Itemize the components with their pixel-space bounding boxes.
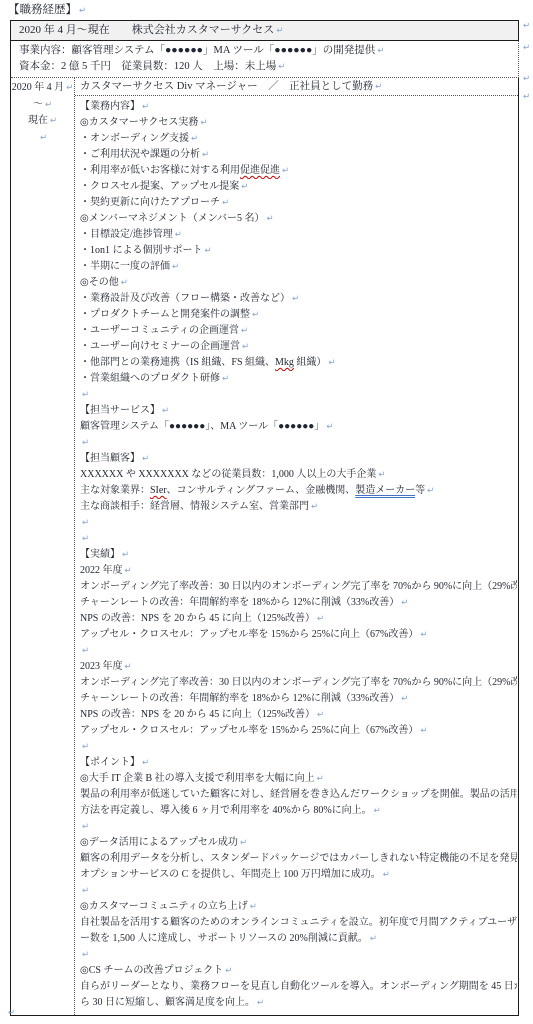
paragraph-mark-icon: ↵ [82, 886, 89, 896]
text-segment: 主な商談相手：経営層、情報システム室、営業部門 [80, 501, 309, 512]
text-segment: ◎データ活用によるアップセル成功 [80, 837, 238, 848]
row-end-mark-icon: ↵ [523, 43, 530, 53]
paragraph-mark-icon: ↵ [125, 662, 132, 672]
text-segment: ・他部門との業務連携（IS 組織、FS 組織、 [80, 357, 275, 368]
company-period-row: 2020 年 4 月～現在 株式会社カスタマーサクセス↵ [11, 21, 519, 41]
position-detail-cell: カスタマーサクセス Div マネージャー ／ 正社員として勤務↵ 【業務内容】↵… [75, 78, 518, 1015]
text-segment: ◎大手 IT 企業 B 社の導入支援で利用率を大幅に向上 [80, 773, 315, 784]
paragraph-mark-icon: ↵ [240, 838, 247, 848]
job-description-line: 自らがリーダーとなり、業務フローを見直し自動化ツールを導入。オンボーディング期間… [80, 979, 517, 995]
job-description-line: ・ご利用状況や課題の分析↵ [80, 147, 517, 163]
job-description-line: ・ユーザーコミュニティの企画運営↵ [80, 323, 517, 339]
paragraph-mark-icon: ↵ [122, 550, 129, 560]
row-end-mark-icon: ↵ [523, 21, 530, 31]
text-segment: 【ポイント】 [80, 757, 140, 768]
text-segment: 【業務内容】 [80, 101, 140, 112]
position-row: 2020 年 4 月↵～↵現在↵↵ カスタマーサクセス Div マネージャー ／… [11, 78, 519, 1015]
paragraph-mark-icon: ↵ [317, 710, 324, 720]
paragraph-mark-icon: ↵ [278, 62, 285, 72]
job-description-line: ・プロダクトチームと開発案件の調整↵ [80, 307, 517, 323]
text-segment: 自社製品を活用する顧客のためのオンラインコミュニティを設立。初年度で月間アクティ… [80, 917, 517, 928]
text-segment: チャーンレートの改善：年間解約率を 18%から 12%に削減（33%改善） [80, 693, 399, 704]
company-info-line: 事業内容：顧客管理システム「●●●●●●」MA ツール「●●●●●●」の開発提供… [19, 43, 518, 59]
paragraph-mark-icon: ↵ [292, 294, 299, 304]
job-description-line: 自社製品を活用する顧客のためのオンラインコミュニティを設立。初年度で月間アクティ… [80, 915, 517, 931]
job-description-line: ・他部門との業務連携（IS 組織、FS 組織、Mkg 組織）↵ [80, 355, 517, 371]
text-segment: 事業内容：顧客管理システム「●●●●●●」MA ツール「●●●●●●」の開発提供 [19, 45, 375, 56]
text-segment: ～ [33, 99, 43, 110]
job-description-line: ◎カスタマーコミュニティの立ち上げ↵ [80, 899, 517, 915]
job-description-line: オンボーディング完了率改善：30 日以内のオンボーディング完了率を 70%から … [80, 675, 517, 691]
job-description-line: ◎カスタマーサクセス実務↵ [80, 115, 517, 131]
text-segment: ・クロスセル提案、アップセル提案 [80, 181, 239, 192]
paragraph-mark-icon: ↵ [420, 726, 427, 736]
job-description-line: ー数を 1,500 人に達成し、サポートリソースの 20%削減に貢献。↵ [80, 931, 517, 947]
paragraph-mark-icon: ↵ [162, 406, 169, 416]
paragraph-mark-icon: ↵ [328, 358, 335, 368]
text-segment: 【実績】 [80, 549, 120, 560]
job-description-line: 2023 年度↵ [80, 659, 517, 675]
grammar-flagged-text: 製造メーカー [355, 485, 415, 496]
text-segment: ・営業組織へのプロダクト研修 [80, 373, 220, 384]
text-segment: 2022 年度 [80, 565, 123, 576]
job-description-line: 主な対象業界：SIer、コンサルティングファーム、金融機関、製造メーカー等↵ [80, 483, 517, 499]
paragraph-mark-icon: ↵ [191, 134, 198, 144]
job-description-line: ↵ [80, 739, 517, 755]
job-description-line: ◎CS チームの改善プロジェクト↵ [80, 963, 517, 979]
text-segment: 製品の利用率が低迷していた顧客に対し、経営層を巻き込んだワークショップを開催。製… [80, 789, 517, 800]
job-description-line: アップセル・クロスセル：アップセル率を 15%から 25%に向上（67%改善）↵ [80, 723, 517, 739]
text-segment: 自らがリーダーとなり、業務フローを見直し自動化ツールを導入。オンボーディング期間… [80, 981, 517, 992]
job-description-line: ・営業組織へのプロダクト研修↵ [80, 371, 517, 387]
paragraph-mark-icon: ↵ [252, 310, 259, 320]
text-segment: 、コンサルティングファーム、金融機関、 [167, 485, 356, 496]
job-title-text: カスタマーサクセス Div マネージャー ／ 正社員として勤務 [80, 81, 373, 92]
text-segment: ・ユーザーコミュニティの企画運営 [80, 325, 239, 336]
paragraph-mark-icon: ↵ [125, 566, 132, 576]
paragraph-mark-icon: ↵ [79, 6, 86, 16]
spellcheck-flagged-text: 促進促進 [240, 165, 280, 176]
text-segment: ・利用率が低いお客様に対する利用 [80, 165, 240, 176]
end-paragraph-mark-icon: ↵ [8, 1008, 15, 1018]
text-segment: ・プロダクトチームと開発案件の調整 [80, 309, 250, 320]
text-segment: ◎カスタマーコミュニティの立ち上げ [80, 901, 248, 912]
job-description-line: 顧客の利用データを分析し、スタンダードパッケージではカバーしきれない特定機能の不… [80, 851, 517, 867]
text-segment: 主な対象業界： [80, 485, 150, 496]
paragraph-mark-icon: ↵ [241, 182, 248, 192]
job-description-line: 主な商談相手：経営層、情報システム室、営業部門↵ [80, 499, 517, 515]
job-description-line: 【実績】↵ [80, 547, 517, 563]
paragraph-mark-icon: ↵ [82, 742, 89, 752]
text-segment: 方法を再定義し、導入後 6 ヶ月で利用率を 40%から 80%に向上。 [80, 805, 372, 816]
text-segment: ・契約更新に向けたアプローチ [80, 197, 220, 208]
job-description-line: ↵ [80, 531, 517, 547]
job-description-line: ・クロスセル提案、アップセル提案↵ [80, 179, 517, 195]
paragraph-mark-icon: ↵ [326, 422, 333, 432]
text-segment: 【担当サービス】 [80, 405, 160, 416]
job-description-line: ・ユーザー向けセミナーの企画運営↵ [80, 339, 517, 355]
text-segment: 2023 年度 [80, 661, 123, 672]
job-description-line: ・目標設定/進捗管理↵ [80, 227, 517, 243]
paragraph-mark-icon: ↵ [374, 806, 381, 816]
job-description-line: NPS の改善：NPS を 20 から 45 に向上（125%改善）↵ [80, 707, 517, 723]
job-description-line: 【ポイント】↵ [80, 755, 517, 771]
row-end-mark-icon: ↵ [523, 74, 530, 84]
text-segment: オプションサービスの C を提供し、年間売上 100 万円増加に成功。 [80, 869, 381, 880]
paragraph-mark-icon: ↵ [370, 934, 377, 944]
paragraph-mark-icon: ↵ [401, 694, 408, 704]
text-segment: ◎その他 [80, 277, 119, 288]
paragraph-mark-icon: ↵ [375, 82, 382, 92]
job-description-line: ↵ [80, 435, 517, 451]
paragraph-mark-icon: ↵ [82, 390, 89, 400]
paragraph-mark-icon: ↵ [377, 46, 384, 56]
text-segment: 顧客の利用データを分析し、スタンダードパッケージではカバーしきれない特定機能の不… [80, 853, 517, 864]
company-period-text: 2020 年 4 月～現在 株式会社カスタマーサクセス [19, 24, 274, 36]
text-segment: 資本金：2 億 5 千円 従業員数：120 人 上場：未上場 [19, 61, 276, 72]
resume-document-page: 【職務経歴】↵ 2020 年 4 月～現在 株式会社カスタマーサクセス↵ 事業内… [0, 0, 533, 1024]
paragraph-mark-icon: ↵ [222, 374, 229, 384]
text-segment: ら 30 日に短縮し、顧客満足度を向上。 [80, 997, 255, 1008]
text-segment: XXXXXX や XXXXXXX などの従業員数：1,000 人以上の大手企業 [80, 469, 376, 480]
paragraph-mark-icon: ↵ [82, 646, 89, 656]
job-description-line: オプションサービスの C を提供し、年間売上 100 万円増加に成功。↵ [80, 867, 517, 883]
paragraph-mark-icon: ↵ [225, 966, 232, 976]
job-description-line: ↵ [80, 883, 517, 899]
job-description-line: ・業務設計及び改善（フロー構築・改善など）↵ [80, 291, 517, 307]
job-description-line: チャーンレートの改善：年間解約率を 18%から 12%に削減（33%改善）↵ [80, 595, 517, 611]
text-segment: ◎カスタマーサクセス実務 [80, 117, 198, 128]
job-description-line: ・利用率が低いお客様に対する利用促進促進↵ [80, 163, 517, 179]
paragraph-mark-icon: ↵ [241, 326, 248, 336]
job-title-row: カスタマーサクセス Div マネージャー ／ 正社員として勤務↵ [75, 78, 518, 96]
employment-period-line: ～↵ [11, 97, 74, 114]
text-segment: ・オンボーディング支援 [80, 133, 189, 144]
text-segment: NPS の改善：NPS を 20 から 45 に向上（125%改善） [80, 709, 315, 720]
job-description-line: ・オンボーディング支援↵ [80, 131, 517, 147]
job-description-line: ↵ [80, 947, 517, 963]
text-segment: 組織） [294, 357, 327, 368]
text-segment: ー数を 1,500 人に達成し、サポートリソースの 20%削減に貢献。 [80, 933, 368, 944]
job-description-line: ◎メンバーマネジメント（メンバー5 名）↵ [80, 211, 517, 227]
job-description-cell: 【業務内容】↵◎カスタマーサクセス実務↵・オンボーディング支援↵・ご利用状況や課… [75, 96, 518, 1015]
job-description-line: 方法を再定義し、導入後 6 ヶ月で利用率を 40%から 80%に向上。↵ [80, 803, 517, 819]
paragraph-mark-icon: ↵ [82, 518, 89, 528]
job-description-line: ・契約更新に向けたアプローチ↵ [80, 195, 517, 211]
job-description-line: チャーンレートの改善：年間解約率を 18%から 12%に削減（33%改善）↵ [80, 691, 517, 707]
paragraph-mark-icon: ↵ [66, 83, 73, 93]
paragraph-mark-icon: ↵ [282, 166, 289, 176]
heading-text: 【職務経歴】 [8, 4, 77, 16]
job-description-line: 【担当サービス】↵ [80, 403, 517, 419]
text-segment: 2020 年 4 月 [12, 82, 65, 93]
text-segment: チャーンレートの改善：年間解約率を 18%から 12%に削減（33%改善） [80, 597, 399, 608]
text-segment: オンボーディング完了率改善：30 日以内のオンボーディング完了率を 70%から … [80, 581, 517, 592]
job-description-line: 2022 年度↵ [80, 563, 517, 579]
text-segment: 現在 [28, 115, 48, 126]
paragraph-mark-icon: ↵ [82, 438, 89, 448]
text-segment: アップセル・クロスセル：アップセル率を 15%から 25%に向上（67%改善） [80, 725, 418, 736]
company-info-line: 資本金：2 億 5 千円 従業員数：120 人 上場：未上場↵ [19, 59, 518, 75]
text-segment: ・半期に一度の評価 [80, 261, 170, 272]
text-segment: 等 [415, 485, 425, 496]
paragraph-mark-icon: ↵ [45, 100, 52, 110]
paragraph-mark-icon: ↵ [202, 150, 209, 160]
text-segment: ◎CS チームの改善プロジェクト [80, 965, 223, 976]
paragraph-mark-icon: ↵ [82, 534, 89, 544]
job-description-line: ・1on1 による個別サポート↵ [80, 243, 517, 259]
paragraph-mark-icon: ↵ [40, 133, 47, 143]
job-description-line: ら 30 日に短縮し、顧客満足度を向上。↵ [80, 995, 517, 1011]
job-description-line: アップセル・クロスセル：アップセル率を 15%から 25%に向上（67%改善）↵ [80, 627, 517, 643]
text-segment: アップセル・クロスセル：アップセル率を 15%から 25%に向上（67%改善） [80, 629, 418, 640]
employment-period-cell: 2020 年 4 月↵～↵現在↵↵ [11, 78, 75, 1015]
job-description-line: オンボーディング完了率改善：30 日以内のオンボーディング完了率を 70%から … [80, 579, 517, 595]
employment-period-line: ↵ [11, 130, 74, 147]
paragraph-mark-icon: ↵ [142, 454, 149, 464]
text-segment: ◎メンバーマネジメント（メンバー5 名） [80, 213, 265, 224]
paragraph-mark-icon: ↵ [172, 262, 179, 272]
paragraph-mark-icon: ↵ [317, 614, 324, 624]
job-description-line: ↵ [80, 643, 517, 659]
spellcheck-flagged-text: Mkg [275, 357, 294, 368]
paragraph-mark-icon: ↵ [250, 902, 257, 912]
job-description-line: 【業務内容】↵ [80, 99, 517, 115]
job-description-line: ↵ [80, 387, 517, 403]
paragraph-mark-icon: ↵ [420, 630, 427, 640]
paragraph-mark-icon: ↵ [317, 774, 324, 784]
text-segment: オンボーディング完了率改善：30 日以内のオンボーディング完了率を 70%から … [80, 677, 517, 688]
paragraph-mark-icon: ↵ [142, 758, 149, 768]
paragraph-mark-icon: ↵ [200, 118, 207, 128]
paragraph-mark-icon: ↵ [257, 998, 264, 1008]
paragraph-mark-icon: ↵ [175, 230, 182, 240]
job-description-line: ◎大手 IT 企業 B 社の導入支援で利用率を大幅に向上↵ [80, 771, 517, 787]
text-segment: 顧客管理システム「●●●●●●」、MA ツール「●●●●●●」 [80, 421, 324, 432]
text-segment: ・ご利用状況や課題の分析 [80, 149, 200, 160]
job-description-line: ◎データ活用によるアップセル成功↵ [80, 835, 517, 851]
paragraph-mark-icon: ↵ [276, 26, 283, 36]
job-description-line: NPS の改善：NPS を 20 から 45 に向上（125%改善）↵ [80, 611, 517, 627]
employment-period-line: 2020 年 4 月↵ [11, 80, 74, 97]
job-description-line: 【担当顧客】↵ [80, 451, 517, 467]
job-description-line: ↵ [80, 515, 517, 531]
text-segment: ・目標設定/進捗管理 [80, 229, 173, 240]
row-end-mark-icon: ↵ [523, 92, 530, 102]
paragraph-mark-icon: ↵ [50, 116, 57, 126]
text-segment: ・ユーザー向けセミナーの企画運営 [80, 341, 240, 352]
company-info-row: 事業内容：顧客管理システム「●●●●●●」MA ツール「●●●●●●」の開発提供… [11, 41, 519, 78]
paragraph-mark-icon: ↵ [401, 598, 408, 608]
paragraph-mark-icon: ↵ [427, 486, 434, 496]
paragraph-mark-icon: ↵ [142, 102, 149, 112]
job-description-line: ◎その他↵ [80, 275, 517, 291]
text-segment: ・業務設計及び改善（フロー構築・改善など） [80, 293, 290, 304]
paragraph-mark-icon: ↵ [121, 278, 128, 288]
paragraph-mark-icon: ↵ [378, 470, 385, 480]
job-description-line: ↵ [80, 819, 517, 835]
paragraph-mark-icon: ↵ [383, 870, 390, 880]
text-segment: NPS の改善：NPS を 20 から 45 に向上（125%改善） [80, 613, 315, 624]
paragraph-mark-icon: ↵ [222, 198, 229, 208]
paragraph-mark-icon: ↵ [205, 246, 212, 256]
spellcheck-flagged-text: SIer [150, 485, 167, 496]
paragraph-mark-icon: ↵ [242, 342, 249, 352]
job-description-line: XXXXXX や XXXXXXX などの従業員数：1,000 人以上の大手企業↵ [80, 467, 517, 483]
paragraph-mark-icon: ↵ [82, 950, 89, 960]
work-history-heading: 【職務経歴】↵ [8, 2, 86, 19]
employment-period-line: 現在↵ [11, 113, 74, 130]
job-description-line: ・半期に一度の評価↵ [80, 259, 517, 275]
work-history-table: 2020 年 4 月～現在 株式会社カスタマーサクセス↵ 事業内容：顧客管理シス… [10, 20, 519, 1016]
text-segment: ・1on1 による個別サポート [80, 245, 203, 256]
paragraph-mark-icon: ↵ [267, 214, 274, 224]
job-description-line: 顧客管理システム「●●●●●●」、MA ツール「●●●●●●」↵ [80, 419, 517, 435]
job-description-line: 製品の利用率が低迷していた顧客に対し、経営層を巻き込んだワークショップを開催。製… [80, 787, 517, 803]
paragraph-mark-icon: ↵ [82, 822, 89, 832]
text-segment: 【担当顧客】 [80, 453, 140, 464]
paragraph-mark-icon: ↵ [311, 502, 318, 512]
